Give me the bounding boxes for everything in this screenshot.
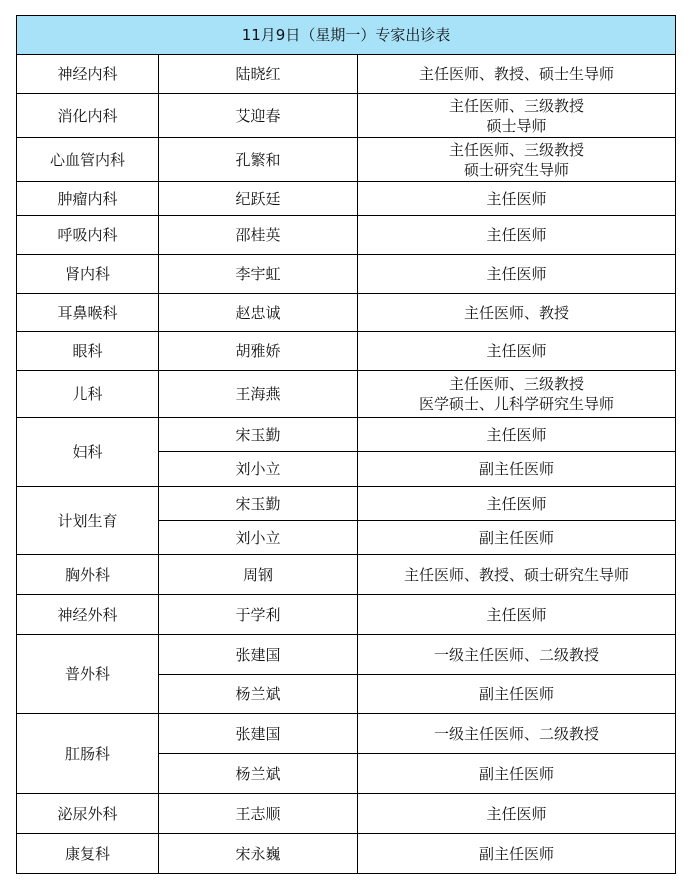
department-cell: 神经外科: [17, 595, 159, 635]
title-line: 硕士研究生导师: [358, 160, 675, 180]
table-row: 计划生育 宋玉勤 主任医师: [17, 487, 676, 521]
doctor-title-cell: 主任医师、教授、硕士研究生导师: [358, 555, 676, 595]
table-row: 儿科 王海燕 主任医师、三级教授 医学硕士、儿科学研究生导师: [17, 371, 676, 418]
department-cell: 肛肠科: [17, 714, 159, 794]
doctor-title-cell: 主任医师、三级教授 医学硕士、儿科学研究生导师: [358, 371, 676, 418]
table-row: 胸外科 周钢 主任医师、教授、硕士研究生导师: [17, 555, 676, 595]
doctor-title-cell: 副主任医师: [358, 521, 676, 555]
table-row: 眼科 胡雅娇 主任医师: [17, 332, 676, 371]
doctor-title-cell: 主任医师、三级教授 硕士导师: [358, 94, 676, 138]
department-cell: 呼吸内科: [17, 216, 159, 255]
table-row: 神经内科 陆晓红 主任医师、教授、硕士生导师: [17, 55, 676, 94]
doctor-title-cell: 主任医师: [358, 332, 676, 371]
department-cell: 普外科: [17, 635, 159, 714]
department-cell: 胸外科: [17, 555, 159, 595]
doctor-title-cell: 副主任医师: [358, 452, 676, 487]
doctor-name-cell: 纪跃廷: [159, 182, 358, 216]
table-title: 11月9日（星期一）专家出诊表: [17, 16, 676, 55]
doctor-name-cell: 艾迎春: [159, 94, 358, 138]
table-row: 肛肠科 张建国 一级主任医师、二级教授: [17, 714, 676, 754]
title-line: 医学硕士、儿科学研究生导师: [358, 394, 675, 414]
doctor-name-cell: 刘小立: [159, 452, 358, 487]
department-cell: 肾内科: [17, 255, 159, 294]
doctor-title-cell: 主任医师: [358, 182, 676, 216]
doctor-title-cell: 一级主任医师、二级教授: [358, 714, 676, 754]
table-row: 心血管内科 孔繁和 主任医师、三级教授 硕士研究生导师: [17, 138, 676, 182]
doctor-name-cell: 陆晓红: [159, 55, 358, 94]
doctor-title-cell: 主任医师、教授: [358, 294, 676, 332]
department-cell: 计划生育: [17, 487, 159, 555]
doctor-name-cell: 张建国: [159, 714, 358, 754]
table-row: 妇科 宋玉勤 主任医师: [17, 418, 676, 452]
doctor-name-cell: 周钢: [159, 555, 358, 595]
department-cell: 妇科: [17, 418, 159, 487]
doctor-title-cell: 副主任医师: [358, 754, 676, 794]
doctor-title-cell: 主任医师、三级教授 硕士研究生导师: [358, 138, 676, 182]
doctor-name-cell: 杨兰斌: [159, 754, 358, 794]
table-row: 肿瘤内科 纪跃廷 主任医师: [17, 182, 676, 216]
department-cell: 康复科: [17, 834, 159, 874]
doctor-title-cell: 主任医师、教授、硕士生导师: [358, 55, 676, 94]
table-row: 呼吸内科 邵桂英 主任医师: [17, 216, 676, 255]
doctor-title-cell: 主任医师: [358, 595, 676, 635]
doctor-title-cell: 主任医师: [358, 487, 676, 521]
table-row: 消化内科 艾迎春 主任医师、三级教授 硕士导师: [17, 94, 676, 138]
doctor-name-cell: 杨兰斌: [159, 675, 358, 714]
doctor-name-cell: 赵忠诚: [159, 294, 358, 332]
title-line: 主任医师、三级教授: [358, 96, 675, 116]
table-row: 肾内科 李宇虹 主任医师: [17, 255, 676, 294]
table-row: 康复科 宋永巍 副主任医师: [17, 834, 676, 874]
department-cell: 神经内科: [17, 55, 159, 94]
doctor-name-cell: 王海燕: [159, 371, 358, 418]
department-cell: 儿科: [17, 371, 159, 418]
doctor-name-cell: 刘小立: [159, 521, 358, 555]
table-row: 神经外科 于学利 主任医师: [17, 595, 676, 635]
doctor-name-cell: 孔繁和: [159, 138, 358, 182]
department-cell: 泌尿外科: [17, 794, 159, 834]
table-row: 普外科 张建国 一级主任医师、二级教授: [17, 635, 676, 675]
expert-schedule-table: 11月9日（星期一）专家出诊表 神经内科 陆晓红 主任医师、教授、硕士生导师 消…: [16, 15, 676, 874]
title-line: 主任医师、三级教授: [358, 374, 675, 394]
table-row: 耳鼻喉科 赵忠诚 主任医师、教授: [17, 294, 676, 332]
doctor-title-cell: 主任医师: [358, 418, 676, 452]
doctor-name-cell: 王志顺: [159, 794, 358, 834]
doctor-title-cell: 一级主任医师、二级教授: [358, 635, 676, 675]
doctor-name-cell: 宋玉勤: [159, 487, 358, 521]
doctor-title-cell: 主任医师: [358, 255, 676, 294]
doctor-title-cell: 副主任医师: [358, 675, 676, 714]
doctor-name-cell: 张建国: [159, 635, 358, 675]
doctor-name-cell: 胡雅娇: [159, 332, 358, 371]
doctor-name-cell: 邵桂英: [159, 216, 358, 255]
table-row: 泌尿外科 王志顺 主任医师: [17, 794, 676, 834]
title-row: 11月9日（星期一）专家出诊表: [17, 16, 676, 55]
doctor-title-cell: 副主任医师: [358, 834, 676, 874]
doctor-title-cell: 主任医师: [358, 216, 676, 255]
department-cell: 眼科: [17, 332, 159, 371]
title-line: 主任医师、教授、硕士生导师: [358, 64, 675, 84]
doctor-name-cell: 宋玉勤: [159, 418, 358, 452]
department-cell: 消化内科: [17, 94, 159, 138]
title-line: 硕士导师: [358, 116, 675, 136]
title-line: 主任医师、三级教授: [358, 140, 675, 160]
doctor-title-cell: 主任医师: [358, 794, 676, 834]
doctor-name-cell: 宋永巍: [159, 834, 358, 874]
doctor-name-cell: 李宇虹: [159, 255, 358, 294]
department-cell: 心血管内科: [17, 138, 159, 182]
department-cell: 肿瘤内科: [17, 182, 159, 216]
department-cell: 耳鼻喉科: [17, 294, 159, 332]
doctor-name-cell: 于学利: [159, 595, 358, 635]
